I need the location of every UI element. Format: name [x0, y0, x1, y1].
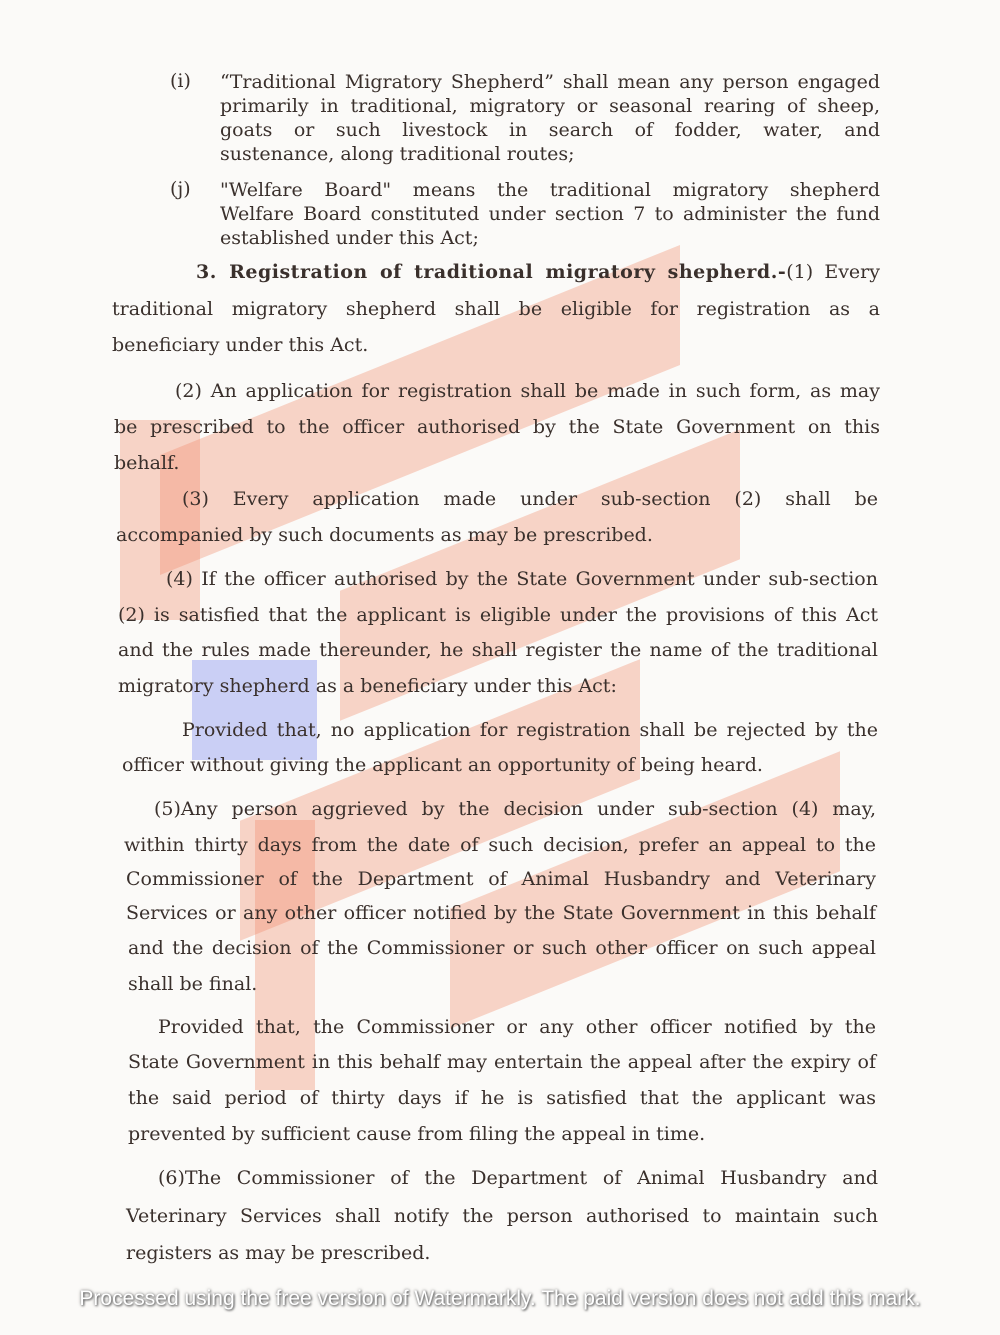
text-line: Provided that, the Commissioner or any o…	[158, 1015, 876, 1039]
text-line: (4) If the officer authorised by the Sta…	[166, 567, 878, 591]
text-line: goats or such livestock in search of fod…	[220, 118, 880, 142]
text-line: registers as may be prescribed.	[126, 1241, 878, 1265]
text-line: (1) Every	[786, 261, 880, 283]
text-line: behalf.	[114, 451, 880, 475]
text-line: (3) Every application made under sub-sec…	[182, 487, 878, 511]
text-line: "Welfare Board" means the traditional mi…	[220, 178, 880, 202]
text-line: traditional migratory shepherd shall be …	[112, 297, 880, 321]
def-marker: (i)	[170, 70, 191, 92]
text-line: prevented by sufficient cause from filin…	[128, 1122, 876, 1146]
text-line: migratory shepherd as a beneficiary unde…	[118, 674, 878, 698]
section-heading: 3. Registration of traditional migratory…	[196, 260, 880, 284]
text-line: established under this Act;	[220, 226, 880, 250]
text-line: beneficiary under this Act.	[112, 333, 880, 357]
watermark-text: Processed using the free version of Wate…	[0, 1287, 1000, 1311]
text-line: Welfare Board constituted under section …	[220, 202, 880, 226]
text-line: Provided that, no application for regist…	[182, 718, 878, 742]
text-line: primarily in traditional, migratory or s…	[220, 94, 880, 118]
text-line: (2) is satisfied that the applicant is e…	[118, 603, 878, 627]
text-line: “Traditional Migratory Shepherd” shall m…	[220, 70, 880, 94]
text-line: Commissioner of the Department of Animal…	[126, 867, 876, 891]
text-line: State Government in this behalf may ente…	[128, 1050, 876, 1074]
text-line: officer without giving the applicant an …	[122, 753, 878, 777]
text-line: the said period of thirty days if he is …	[128, 1086, 876, 1110]
text-line: Veterinary Services shall notify the per…	[126, 1204, 878, 1228]
text-line: accompanied by such documents as may be …	[116, 523, 878, 547]
text-line: Services or any other officer notified b…	[126, 901, 876, 925]
text-line: (5)Any person aggrieved by the decision …	[154, 797, 876, 821]
text-line: shall be final.	[128, 972, 876, 996]
text-line: and the decision of the Commissioner or …	[128, 936, 876, 960]
document-page: (i) “Traditional Migratory Shepherd” sha…	[0, 0, 1000, 1335]
text-line: sustenance, along traditional routes;	[220, 142, 880, 166]
def-marker: (j)	[170, 178, 191, 200]
text-line: (6)The Commissioner of the Department of…	[158, 1166, 878, 1190]
text-line: be prescribed to the officer authorised …	[114, 415, 880, 439]
heading-text: 3. Registration of traditional migratory…	[196, 261, 786, 283]
text-line: (2) An application for registration shal…	[175, 379, 880, 403]
text-line: within thirty days from the date of such…	[124, 833, 876, 857]
text-line: and the rules made thereunder, he shall …	[118, 638, 878, 662]
